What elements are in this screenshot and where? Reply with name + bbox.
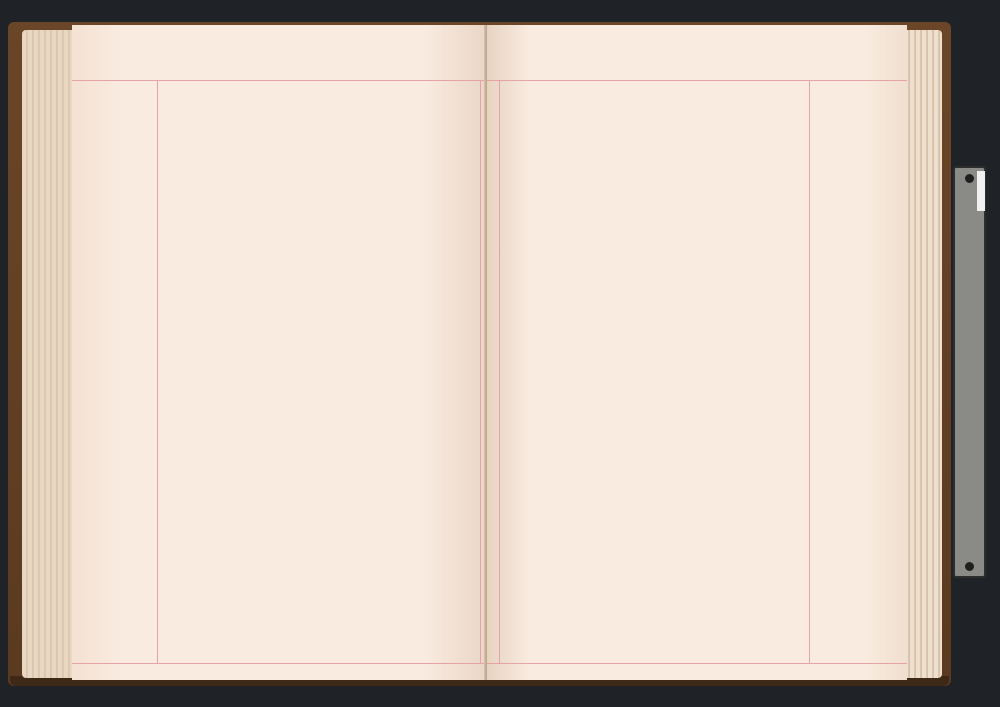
color-calibration-target <box>953 166 986 578</box>
page-edges-left <box>22 30 77 678</box>
footer-rule <box>487 663 907 664</box>
left-rule <box>499 80 500 663</box>
mounting-hole-icon <box>965 562 974 571</box>
footer-rule <box>72 663 487 664</box>
left-page <box>72 25 487 680</box>
right-rule <box>480 80 481 663</box>
header-rule <box>487 80 907 81</box>
margin-rule <box>809 80 810 663</box>
page-edges-right <box>904 30 942 678</box>
right-page <box>487 25 907 680</box>
target-label <box>977 171 985 211</box>
header-rule <box>72 80 487 81</box>
mounting-hole-icon <box>965 174 974 183</box>
margin-rule <box>157 80 158 663</box>
